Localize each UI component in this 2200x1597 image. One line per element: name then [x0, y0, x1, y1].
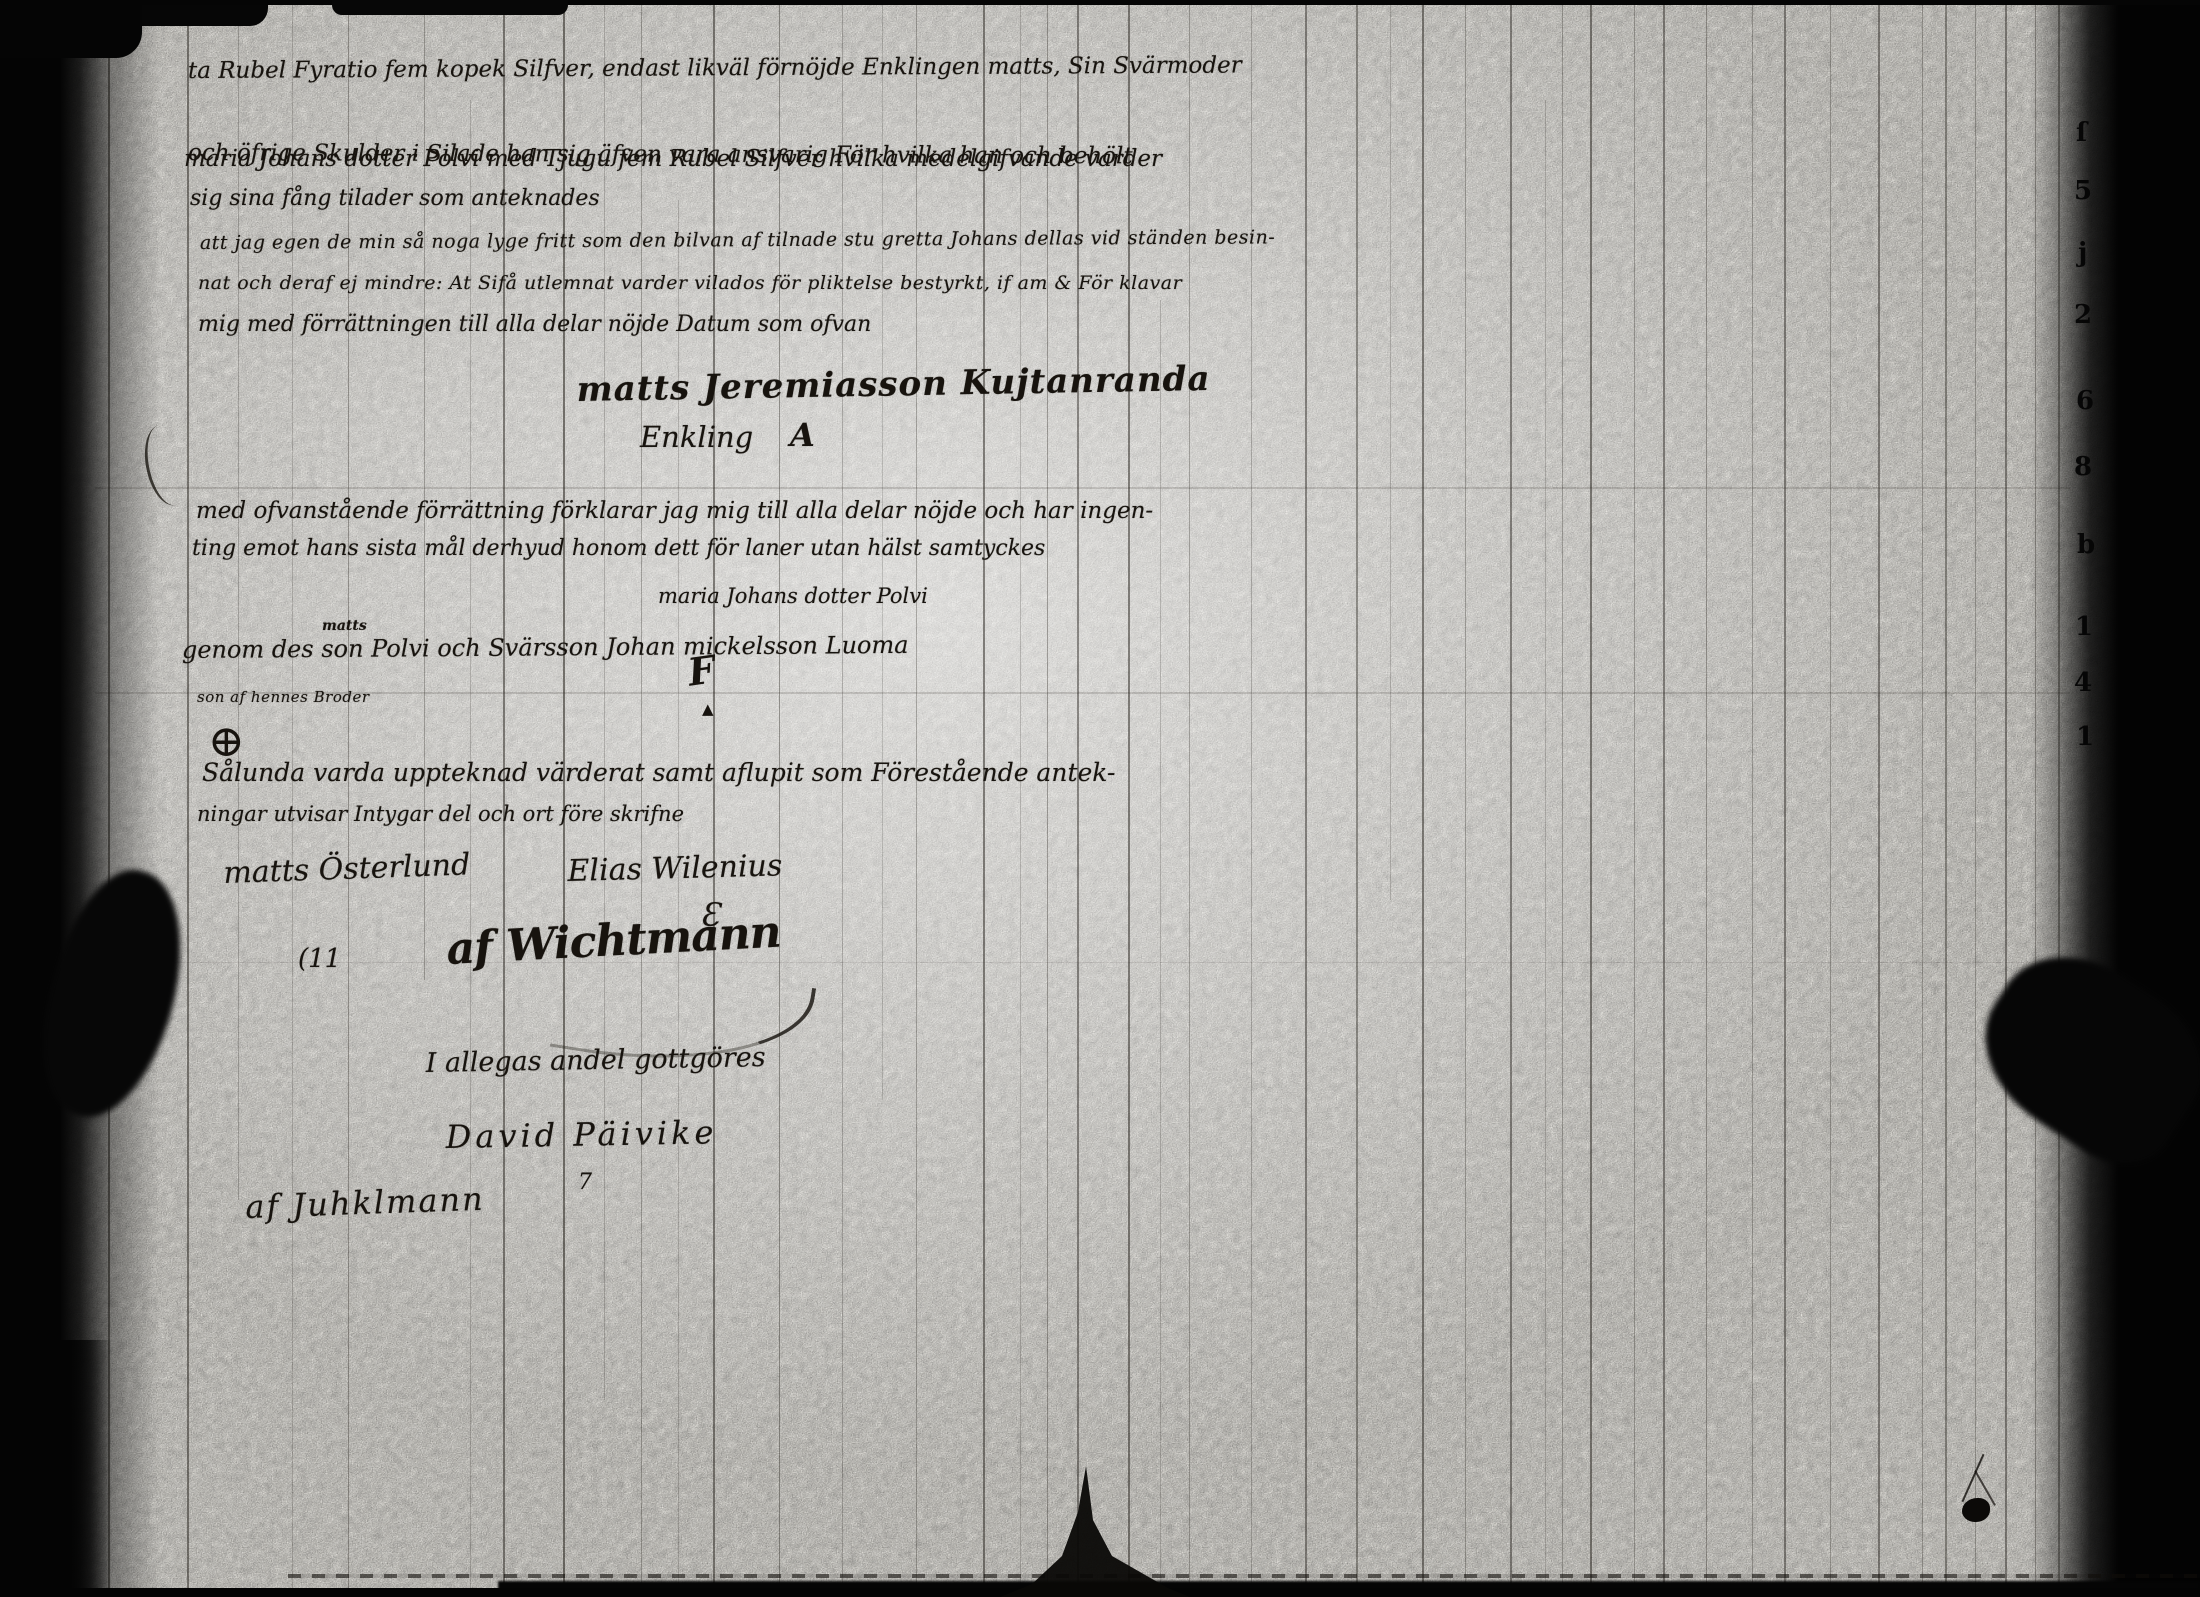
- document-line: ting emot hans sista mål derhyud honom d…: [192, 536, 1045, 561]
- scan-streak: [1830, 0, 1831, 1597]
- scan-streak: [2005, 0, 2007, 1597]
- allotment-line: I allegas andel gottgöres: [425, 1042, 765, 1079]
- film-corner-bottom-left: [0, 1340, 112, 1597]
- scan-streak: [604, 0, 605, 1400]
- scan-streak: [187, 0, 189, 1597]
- scan-streak: [1422, 0, 1424, 1597]
- ink-scratch: [1962, 1454, 1985, 1502]
- document-line: med ofvanstående förrättning förklarar j…: [196, 498, 1153, 524]
- film-corner-top-left: [0, 0, 142, 58]
- document-line: mig med förrättningen till alla delar nö…: [198, 312, 871, 337]
- ink-blot: [1962, 1498, 1990, 1522]
- scan-streak: [1510, 0, 1512, 1597]
- scan-streak: [1663, 0, 1665, 1597]
- document-line: ta Rubel Fyratio fem kopek Silfver, enda…: [188, 52, 1242, 84]
- film-border-right: [2030, 0, 2200, 1597]
- scan-streak: [1590, 0, 1592, 1597]
- scan-streak: [1356, 0, 1358, 1597]
- scan-streak: [1945, 0, 1947, 1597]
- scan-streak: [1562, 0, 1563, 1597]
- document-line: att jag egen de min så noga lyge fritt s…: [200, 226, 1275, 254]
- attest-line: ningar utvisar Intygar del och ort före …: [197, 802, 684, 826]
- scan-streak: [1634, 0, 1635, 1597]
- scan-streak: [1545, 100, 1546, 1597]
- film-edge-top: [0, 0, 2200, 5]
- scan-streak: [1706, 0, 1707, 1597]
- scan-streak: [1752, 0, 1753, 1597]
- film-edge-notch: [332, 0, 568, 15]
- ruled-line: [95, 692, 2070, 694]
- brother-line: son af hennes Broder: [197, 688, 370, 706]
- microfilm-scan: ta Rubel Fyratio fem kopek Silfver, enda…: [0, 0, 2200, 1597]
- ruled-line: [95, 487, 2070, 489]
- scan-streak: [1160, 300, 1161, 1597]
- document-line: nat och deraf ej mindre: At Sifå utlemna…: [198, 272, 1182, 294]
- attest-line: Sålunda varda uppteknad värderat samt af…: [202, 758, 1115, 787]
- paivike-mark: 7: [578, 1170, 592, 1195]
- witness-line: genom des son Polvi och Svärsson Johan m…: [182, 631, 909, 664]
- scan-streak: [238, 0, 239, 1200]
- main-signature-bomarke: A: [790, 416, 815, 454]
- bottom-smudge-line: [288, 1574, 2200, 1578]
- signature-paivike: David Päivike: [445, 1113, 717, 1156]
- scan-streak: [1975, 0, 1976, 1597]
- scan-streak: [678, 200, 679, 1597]
- maria-signature: maria Johans dotter Polvi: [658, 584, 928, 608]
- witness-superscript: matts: [322, 618, 367, 634]
- document-line: och öfrige Skulder i Silade han sig äfve…: [188, 140, 1133, 169]
- main-signature-role: Enkling: [640, 420, 753, 454]
- pen-mark: (11: [298, 944, 341, 974]
- scan-streak: [1922, 0, 1923, 1597]
- signature-wilenius: Elias Wilenius: [567, 848, 783, 889]
- scan-streak: [1390, 0, 1391, 900]
- film-edge-bottom: [0, 1588, 2200, 1597]
- scan-streak: [1878, 0, 1880, 1597]
- signature-osterlund: matts Österlund: [223, 847, 471, 891]
- scan-streak: [1465, 0, 1466, 1597]
- signature-juhklmann: af Juhklmann: [245, 1180, 486, 1226]
- scan-streak: [1784, 0, 1786, 1597]
- document-line: sig sina fång tilader som anteknades: [190, 186, 600, 211]
- scan-streak: [1305, 0, 1307, 1597]
- ruled-line: [130, 962, 2030, 963]
- main-signature: matts Jeremiasson Kujtanranda: [576, 359, 1210, 410]
- witness-bomarke-arrow: ▲: [702, 700, 714, 718]
